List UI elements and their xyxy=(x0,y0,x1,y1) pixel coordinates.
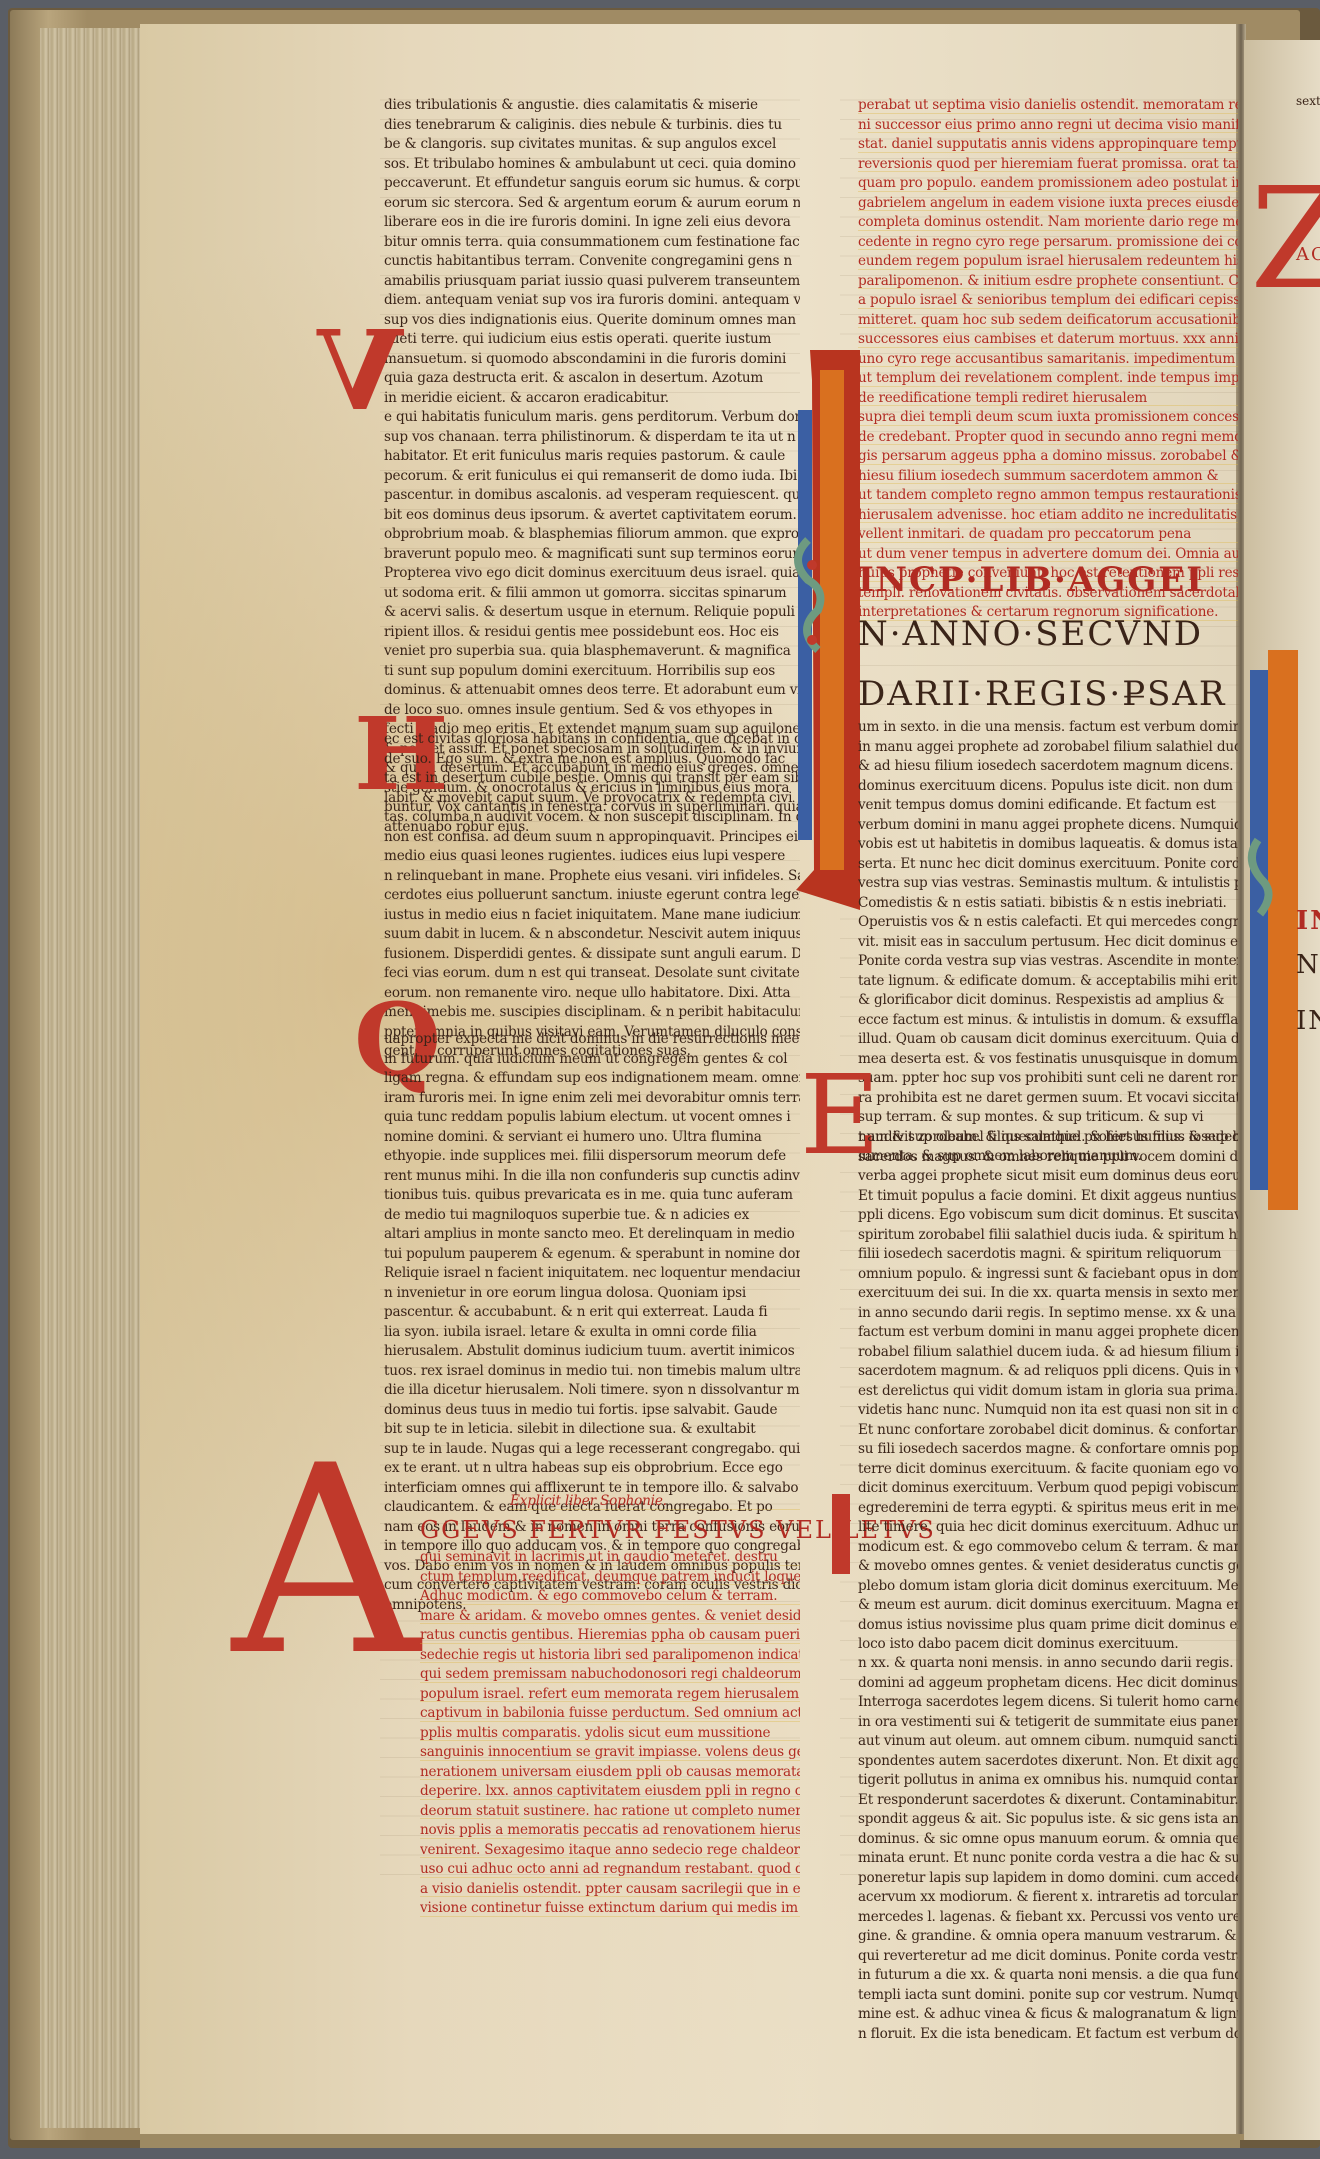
text-line: tigerit pollutus in anima ex omnibus his… xyxy=(858,1771,1238,1791)
text-line: non est confisa. ad deum suum n appropin… xyxy=(384,828,800,848)
text-line: quam pro populo. eandem promissionem ade… xyxy=(858,174,1238,194)
text-line: qui reverteretur ad me dicit dominus. Po… xyxy=(858,1947,1238,1967)
text-line: altari amplius in monte sancto meo. Et d… xyxy=(384,1225,800,1245)
text-line: men timebis me. suscipies disciplinam. &… xyxy=(384,1003,800,1023)
text-line: deperire. lxx. annos captivitatem eiusde… xyxy=(420,1782,800,1802)
text-line: venirent. Sexagesimo itaque anno sedecio… xyxy=(420,1841,800,1861)
text-line: dicit dominus exercituum. Verbum quod pe… xyxy=(858,1479,1238,1499)
text-line: gis persarum aggeus ppha a domino missus… xyxy=(858,447,1238,467)
text-line: n floruit. Ex die ista benedicam. Et fac… xyxy=(858,2025,1238,2045)
text-line: supra diei templi deum scum iuxta promis… xyxy=(858,408,1238,428)
text-line: dies tribulationis & angustie. dies cala… xyxy=(384,96,800,116)
text-line: feci vias eorum. dum n est qui transeat.… xyxy=(384,964,800,984)
heading-in-anno-secundo: N·ANNO·SECVND xyxy=(858,614,1203,654)
incipit-liber-aggei: INCP·LIB·AGGEI xyxy=(858,560,1204,600)
text-line: pecorum. & erit funiculus ei qui remanse… xyxy=(384,467,800,487)
text-line: serta. Et nunc hec dicit dominus exercit… xyxy=(858,855,1238,875)
prologue-text-continued: perabat ut septima visio danielis ostend… xyxy=(858,96,1238,623)
text-line: a populo israel & senioribus templum dei… xyxy=(858,291,1238,311)
text-line: dominus. & sic omne opus manuum eorum. &… xyxy=(858,1830,1238,1850)
text-line: amabilis priusquam pariat iussio quasi p… xyxy=(384,272,800,292)
text-line: sup te in laude. Nugas qui a lege recess… xyxy=(384,1440,800,1460)
text-line: gabrielem angelum in eadem visione iuxta… xyxy=(858,194,1238,214)
text-line: ra prohibita est ne daret germen suum. E… xyxy=(858,1089,1238,1109)
text-line: iustus in medio eius n faciet iniquitate… xyxy=(384,906,800,926)
initial-letter-a: A xyxy=(232,1432,420,1692)
text-line: suum dabit in lucem. & n abscondetur. Ne… xyxy=(384,925,800,945)
text-line: omnium populo. & ingressi sunt & facieba… xyxy=(858,1265,1238,1285)
text-line: loco isto dabo pacem dicit dominus exerc… xyxy=(858,1635,1238,1655)
text-line: pascentur. & accubabunt. & n erit qui ex… xyxy=(384,1303,800,1323)
text-line: ta est in desertum cubile bestie. Omnis … xyxy=(384,769,800,789)
text-line: nomine domini. & serviant ei humero uno.… xyxy=(384,1128,800,1148)
text-line: illud. Quam ob causam dicit dominus exer… xyxy=(858,1030,1238,1050)
text-line: Adhuc modicum. & ego commovebo celum & t… xyxy=(420,1587,800,1607)
text-line: filii iosedech sacerdotis magni. & spiri… xyxy=(858,1245,1238,1265)
text-line: ni successor eius primo anno regni ut de… xyxy=(858,116,1238,136)
text-line: reversionis quod per hieremiam fuerat pr… xyxy=(858,155,1238,175)
aggeus-text-block-e: t audivit zorobabel filius salathiel. & … xyxy=(858,1128,1238,1655)
text-line: su fili iosedech sacerdos magne. & confo… xyxy=(858,1440,1238,1460)
text-line: hierusalem. Abstulit dominus iudicium tu… xyxy=(384,1342,800,1362)
text-line: tui populum pauperem & egenum. & sperabu… xyxy=(384,1245,800,1265)
text-line: sup vos dies indignationis eius. Querite… xyxy=(384,311,800,331)
text-line: sos. Et tribulabo homines & ambulabunt u… xyxy=(384,155,800,175)
text-line: mitteret. quam hoc sub sedem deificatoru… xyxy=(858,311,1238,331)
facing-heading-2: IN xyxy=(1296,1006,1320,1036)
text-line: Et timuit populus a facie domini. Et dix… xyxy=(858,1187,1238,1207)
text-line: Interroga sacerdotes legem dicens. Si tu… xyxy=(858,1693,1238,1713)
text-line: ec est civitas gloriosa habitans in conf… xyxy=(384,730,800,750)
facing-incipit: IN xyxy=(1296,906,1320,936)
text-line: hierusalem advenisse. hoc etiam addito n… xyxy=(858,506,1238,526)
text-line: de suo. Ego sum. & extra me non est ampl… xyxy=(384,750,800,770)
text-line: poneretur lapis sup lapidem in domo domi… xyxy=(858,1869,1238,1889)
text-line: braverunt populo meo. & magnificati sunt… xyxy=(384,545,800,565)
page-stack-edges xyxy=(40,28,150,2128)
text-line: ut sodoma erit. & filii ammon ut gomorra… xyxy=(384,584,800,604)
text-line: & meum est aurum. dicit dominus exercitu… xyxy=(858,1596,1238,1616)
text-line: videtis hanc nunc. Numquid non ita est q… xyxy=(858,1401,1238,1421)
aggeus-chapter-2-text: n xx. & quarta noni mensis. in anno secu… xyxy=(858,1654,1238,2044)
text-line: populum israel. refert eum memorata rege… xyxy=(420,1685,800,1705)
aggeus-chapter-1-text: um in sexto. in die una mensis. factum e… xyxy=(858,718,1238,1167)
text-line: hiesu filium iosedech summum sacerdotem … xyxy=(858,467,1238,487)
text-line: ppli dicens. Ego vobiscum sum dicit domi… xyxy=(858,1206,1238,1226)
text-line: sup terram. & sup montes. & sup triticum… xyxy=(858,1108,1238,1128)
text-line: vestra sup vias vestras. Seminastis mult… xyxy=(858,874,1238,894)
text-line: vit. misit eas in sacculum pertusum. Hec… xyxy=(858,933,1238,953)
text-line: ctum templum reedificat. deumque patrem … xyxy=(420,1568,800,1588)
text-line: stat. daniel supputatis annis videns app… xyxy=(858,135,1238,155)
text-line: mea deserta est. & vos festinatis unusqu… xyxy=(858,1050,1238,1070)
text-line: & ad hiesu filium iosedech sacerdotem ma… xyxy=(858,757,1238,777)
text-line: captivum in babilonia fuisse perductum. … xyxy=(420,1704,800,1724)
text-line: lite timere. quia hec dicit dominus exer… xyxy=(858,1518,1238,1538)
text-line: egrederemini de terra egypti. & spiritus… xyxy=(858,1499,1238,1519)
text-line: ut templum dei revelationem complent. in… xyxy=(858,369,1238,389)
heading-darii-regis-persarum: DARII·REGIS·P̶SAR xyxy=(858,674,1227,714)
text-line: diem. antequam veniat sup vos ira furori… xyxy=(384,291,800,311)
text-line: cunctis habitantibus terram. Convenite c… xyxy=(384,252,800,272)
text-line: mansuetum. si quomodo abscondamini in di… xyxy=(384,350,800,370)
text-line: tas. columba n audivit vocem. & non susc… xyxy=(384,808,800,828)
text-line: die illa dicetur hierusalem. Noli timere… xyxy=(384,1381,800,1401)
text-line: completa dominus ostendit. Nam moriente … xyxy=(858,213,1238,233)
text-line: modicum est. & ego commovebo celum & ter… xyxy=(858,1538,1238,1558)
text-line: medio eius quasi leones rugientes. iudic… xyxy=(384,847,800,867)
text-line: domus istius novissime plus quam prime d… xyxy=(858,1616,1238,1636)
text-line: exercituum dei sui. In die xx. quarta me… xyxy=(858,1284,1238,1304)
text-line: dominus deus tuus in medio tui fortis. i… xyxy=(384,1401,800,1421)
text-line: mine est. & adhuc vinea & ficus & malogr… xyxy=(858,2005,1238,2025)
text-line: spondentes autem sacerdotes dixerunt. No… xyxy=(858,1752,1238,1772)
text-line: domini ad aggeum prophetam dicens. Hec d… xyxy=(858,1674,1238,1694)
text-line: rent munus mihi. In die illa non confund… xyxy=(384,1167,800,1187)
text-line: sueti terre. qui iudicium eius estis ope… xyxy=(384,330,800,350)
text-line: & acervi salis. & desertum usque in eter… xyxy=(384,603,800,623)
text-line: vellent inmitari. de quadam pro peccator… xyxy=(858,525,1238,545)
text-line: cerdotes eius polluerunt sanctum. iniust… xyxy=(384,886,800,906)
text-line: ecce factum est minus. & intulistis in d… xyxy=(858,1011,1238,1031)
text-line: pascentur. in domibus ascalonis. ad vesp… xyxy=(384,486,800,506)
text-line: be & clangoris. sup civitates munitas. &… xyxy=(384,135,800,155)
text-line: ti sunt sup populum domini exercituum. H… xyxy=(384,662,800,682)
text-line: acervum xx modiorum. & fierent x. intrar… xyxy=(858,1888,1238,1908)
text-line: lia syon. iubila israel. letare & exulta… xyxy=(384,1323,800,1343)
text-line: dominus exercituum dicens. Populus iste … xyxy=(858,777,1238,797)
text-line: obprobrium moab. & blasphemias filiorum … xyxy=(384,525,800,545)
text-line: pplis multis comparatis. ydolis sicut eu… xyxy=(420,1724,800,1744)
text-line: Reliquie israel n facient iniquitatem. n… xyxy=(384,1264,800,1284)
text-line: Operuistis vos & n estis calefacti. Et q… xyxy=(858,913,1238,933)
text-line: uso cui adhuc octo anni ad regnandum res… xyxy=(420,1860,800,1880)
text-line: quia tunc reddam populis labium electum.… xyxy=(384,1108,800,1128)
text-line: novis pplis a memoratis peccatis ad reno… xyxy=(420,1821,800,1841)
text-line: factum est verbum domini in manu aggei p… xyxy=(858,1323,1238,1343)
text-line: mare & aridam. & movebo omnes gentes. & … xyxy=(420,1607,800,1627)
text-line: qui seminavit in lacrimis ut in gaudio m… xyxy=(420,1548,800,1568)
text-line: bit sup te in leticia. silebit in dilect… xyxy=(384,1420,800,1440)
text-line: vobis est ut habitetis in domibus laquea… xyxy=(858,835,1238,855)
text-line: bit eos dominus deus ipsorum. & avertet … xyxy=(384,506,800,526)
text-line: ethyopie. inde supplices mei. filii disp… xyxy=(384,1147,800,1167)
facing-historiated-initial xyxy=(1244,650,1300,1210)
text-line: ripient illos. & residui gentis mee poss… xyxy=(384,623,800,643)
text-line: aut vinum aut oleum. aut omnem cibum. nu… xyxy=(858,1732,1238,1752)
text-line: successores eius cambises et daterum mor… xyxy=(858,330,1238,350)
text-line: n xx. & quarta noni mensis. in anno secu… xyxy=(858,1654,1238,1674)
text-line: in manu aggei prophete ad zorobabel fili… xyxy=(858,738,1238,758)
text-line: Ponite corda vestra sup vias vestras. As… xyxy=(858,952,1238,972)
text-line: sedechie regis ut historia libri sed par… xyxy=(420,1646,800,1666)
facing-heading-1: N xyxy=(1296,950,1320,980)
text-line: spiritum zorobabel filii salathiel ducis… xyxy=(858,1226,1238,1246)
text-line: suam. ppter hoc sup vos prohibiti sunt c… xyxy=(858,1069,1238,1089)
text-line: um in sexto. in die una mensis. factum e… xyxy=(858,718,1238,738)
text-line: templi iacta sunt domini. ponite sup cor… xyxy=(858,1986,1238,2006)
text-line: de reedificatione templi rediret hierusa… xyxy=(858,389,1238,409)
facing-initial-z: Z xyxy=(1250,170,1320,310)
text-line: sup vos chanaan. terra philistinorum. & … xyxy=(384,428,800,448)
text-line: t audivit zorobabel filius salathiel. & … xyxy=(858,1128,1238,1148)
text-line: Comedistis & n estis satiati. bibistis &… xyxy=(858,894,1238,914)
text-line: in meridie eicient. & accaron eradicabit… xyxy=(384,389,800,409)
text-line: de credebant. Propter quod in secundo an… xyxy=(858,428,1238,448)
text-line: verba aggei prophete sicut misit eum dom… xyxy=(858,1167,1238,1187)
text-line: venit tempus domus domini edificande. Et… xyxy=(858,796,1238,816)
text-line: tionibus tuis. quibus prevaricata es in … xyxy=(384,1186,800,1206)
text-line: verbum domini in manu aggei prophete dic… xyxy=(858,816,1238,836)
text-line: habitator. Et erit funiculus maris requi… xyxy=(384,447,800,467)
text-line: e qui habitatis funiculum maris. gens pe… xyxy=(384,408,800,428)
text-line: visione continetur fuisse extinctum dari… xyxy=(420,1899,800,1919)
text-line: sexto ad xyxy=(1296,94,1320,108)
text-line: & movebo omnes gentes. & veniet desidera… xyxy=(858,1557,1238,1577)
text-line: in futurum. quia iudicium meum ut congre… xyxy=(384,1050,800,1070)
text-line: tate lignum. & edificate domum. & accept… xyxy=(858,972,1238,992)
prologue-text-left: qui seminavit in lacrimis ut in gaudio m… xyxy=(420,1548,800,1919)
text-line: de medio tui magniloquos superbie tue. &… xyxy=(384,1206,800,1226)
text-line: sacerdos magnus. & omnes reliquie ppli v… xyxy=(858,1148,1238,1168)
text-line: quia gaza destructa erit. & ascalon in d… xyxy=(384,369,800,389)
text-line: Propterea vivo ego dicit dominus exercit… xyxy=(384,564,800,584)
text-line: uapropter expecta me dicit dominus in di… xyxy=(384,1030,800,1050)
text-line: ex te erant. ut n ultra habeas sup eis o… xyxy=(384,1459,800,1479)
text-line: Et nunc confortare zorobabel dicit domin… xyxy=(858,1421,1238,1441)
text-line: peccaverunt. Et effundetur sanguis eorum… xyxy=(384,174,800,194)
text-line: liberare eos in die ire furoris domini. … xyxy=(384,213,800,233)
initial-letter-i-second xyxy=(832,1494,850,1574)
text-line: spondit aggeus & ait. Sic populus iste. … xyxy=(858,1810,1238,1830)
text-line: nerationem universam eiusdem ppli ob cau… xyxy=(420,1763,800,1783)
text-line: a visio danielis ostendit. ppter causam … xyxy=(420,1880,800,1900)
text-line: labit. & movebit caput suum. Ve provocat… xyxy=(384,789,800,809)
text-line: ratus cunctis gentibus. Hieremias ppha o… xyxy=(420,1626,800,1646)
left-column-opening-text: dies tribulationis & angustie. dies cala… xyxy=(384,96,800,408)
text-line: & glorificabor dicit dominus. Respexisti… xyxy=(858,991,1238,1011)
text-line: in ora vestimenti sui & tetigerit de sum… xyxy=(858,1713,1238,1733)
text-line: cedente in regno cyro rege persarum. pro… xyxy=(858,233,1238,253)
text-line: terre dicit dominus exercituum. & facite… xyxy=(858,1460,1238,1480)
text-line: eorum sic stercora. Sed & argentum eorum… xyxy=(384,194,800,214)
text-line: uno cyro rege accusantibus samaritanis. … xyxy=(858,350,1238,370)
left-column-text-block-h: ec est civitas gloriosa habitans in conf… xyxy=(384,730,800,1062)
text-line: deorum statuit sustinere. hac ratione ut… xyxy=(420,1802,800,1822)
text-line: paralipomenon. & initium esdre prophete … xyxy=(858,272,1238,292)
text-line: Et responderunt sacerdotes & dixerunt. C… xyxy=(858,1791,1238,1811)
text-line: veniet pro superbia sua. quia blasphemav… xyxy=(384,642,800,662)
historiated-initial-i xyxy=(790,350,860,910)
text-line: n invenietur in ore eorum lingua dolosa.… xyxy=(384,1284,800,1304)
text-line: robabel filium salathiel ducem iuda. & a… xyxy=(858,1343,1238,1363)
facing-page-text: sexto adhorobatiam eregnicidentedicit do… xyxy=(1296,92,1320,112)
text-line: plebo domum istam gloria dicit dominus e… xyxy=(858,1577,1238,1597)
text-line: perabat ut septima visio danielis ostend… xyxy=(858,96,1238,116)
text-line: gine. & grandine. & omnia opera manuum v… xyxy=(858,1927,1238,1947)
text-line: sanguinis innocentium se gravit impiasse… xyxy=(420,1743,800,1763)
text-line: bitur omnis terra. quia consummationem c… xyxy=(384,233,800,253)
text-line: mercedes l. lagenas. & fiebant xx. Percu… xyxy=(858,1908,1238,1928)
text-line: est derelictus qui vidit domum istam in … xyxy=(858,1382,1238,1402)
text-line: n relinquebant in mane. Prophete eius ve… xyxy=(384,867,800,887)
text-line: qui sedem premissam nabuchodonosori regi… xyxy=(420,1665,800,1685)
text-line: tuos. rex israel dominus in medio tui. n… xyxy=(384,1362,800,1382)
text-line: sacerdotem magnum. & ad reliquos ppli di… xyxy=(858,1362,1238,1382)
text-line: ut tandem completo regno ammon tempus re… xyxy=(858,486,1238,506)
text-line: minata erunt. Et nunc ponite corda vestr… xyxy=(858,1849,1238,1869)
text-line: dies tenebrarum & caliginis. dies nebule… xyxy=(384,116,800,136)
text-line: in anno secundo darii regis. In septimo … xyxy=(858,1304,1238,1324)
text-line: iram furoris mei. In igne enim zeli mei … xyxy=(384,1089,800,1109)
text-line: fusionem. Disperdidi gentes. & dissipate… xyxy=(384,945,800,965)
text-line: eorum. non remanente viro. neque ullo ha… xyxy=(384,984,800,1004)
explicit-sophonie: Explicit liber Sophonie. xyxy=(510,1492,800,1512)
facing-rubric: ACH xyxy=(1296,244,1320,265)
text-line: in futurum a die xx. & quarta noni mensi… xyxy=(858,1966,1238,1986)
text-line: eundem regem populum israel hierusalem r… xyxy=(858,252,1238,272)
text-line: ligam regna. & effundam sup eos indignat… xyxy=(384,1069,800,1089)
